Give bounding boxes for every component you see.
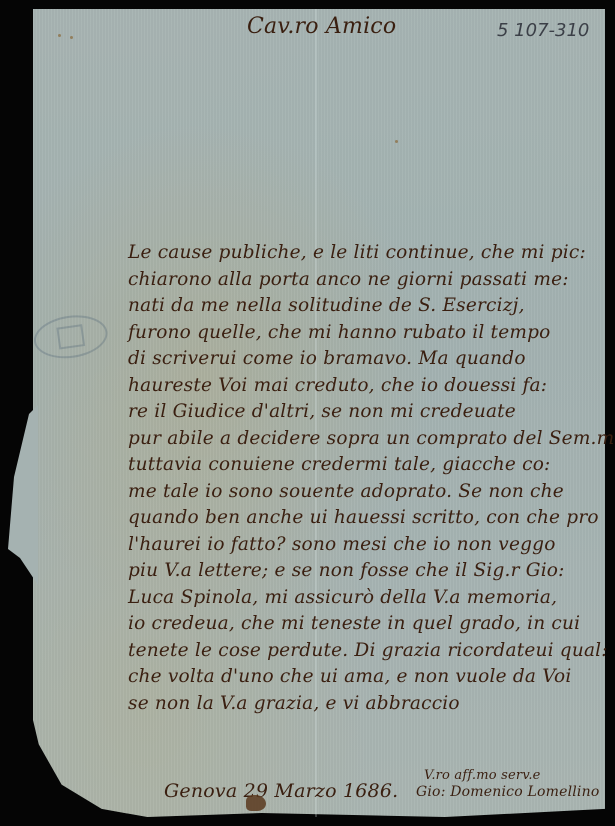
foxing-spot (58, 34, 61, 37)
ink-stain (246, 795, 266, 811)
body-line: tuttavia conuiene credermi tale, giacche… (128, 452, 615, 479)
body-line: Luca Spinola, mi assicurò della V.a memo… (128, 585, 615, 612)
archive-reference: 5 107-310 (497, 20, 589, 41)
paper-torn-edge (8, 405, 38, 585)
body-line: me tale io sono souente adoprato. Se non… (128, 479, 615, 506)
body-line: se non la V.a grazia, e vi abbraccio (128, 691, 615, 718)
body-line: quando ben anche ui hauessi scritto, con… (128, 505, 615, 532)
body-line: io credeua, che mi teneste in quel grado… (128, 611, 615, 638)
body-line: furono quelle, che mi hanno rubato il te… (128, 320, 615, 347)
body-line: l'haurei io fatto? sono mesi che io non … (128, 532, 615, 559)
foxing-spot (395, 140, 398, 143)
body-line: Le cause publiche, e le liti continue, c… (128, 240, 615, 267)
place-date: Genova 29 Marzo 1686. (164, 780, 398, 802)
shield-icon (31, 311, 110, 363)
body-line: di scriverui come io bramavo. Ma quando (128, 346, 615, 373)
signature-name: Gio: Domenico Lomellino (416, 784, 599, 800)
body-line: piu V.a lettere; e se non fosse che il S… (128, 558, 615, 585)
body-line: nati da me nella solitudine de S. Eserci… (128, 293, 615, 320)
body-line: che volta d'uno che ui ama, e non vuole … (128, 664, 615, 691)
signature-valediction: V.ro aff.mo serv.e (424, 768, 599, 784)
body-line: pur abile a decidere sopra un comprato d… (128, 426, 615, 453)
body-line: haureste Voi mai creduto, che io douessi… (128, 373, 615, 400)
letter-body: Le cause publiche, e le liti continue, c… (128, 240, 615, 717)
body-line: chiarono alla porta anco ne giorni passa… (128, 267, 615, 294)
foxing-spot (70, 36, 73, 39)
signature-block: V.ro aff.mo serv.e Gio: Domenico Lomelli… (424, 768, 599, 800)
body-line: re il Giudice d'altri, se non mi credeua… (128, 399, 615, 426)
salutation: Cav.ro Amico (247, 14, 396, 39)
body-line: tenete le cose perdute. Di grazia ricord… (128, 638, 615, 665)
